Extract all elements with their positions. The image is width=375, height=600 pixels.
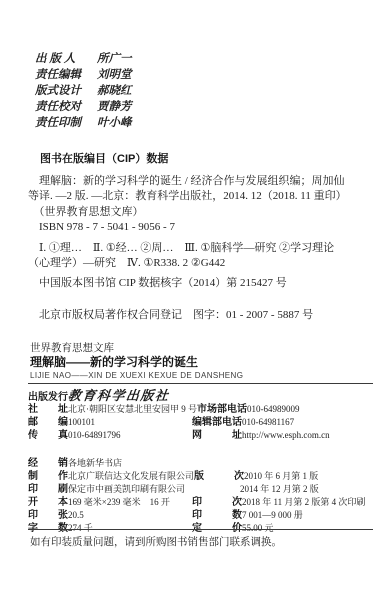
info-value: 010-64981167 — [242, 416, 373, 429]
quality-notice: 如有印装质量问题，请到所购图书销售部门联系调换。 — [30, 536, 282, 550]
info-value: 2010 年 6 月第 1 版 — [244, 470, 373, 483]
table-gap — [28, 442, 373, 457]
info-label: 市场部电话 — [197, 403, 247, 416]
copyright-registration-number: 北京市版权局著作权合同登记 图字：01 - 2007 - 5887 号 — [28, 308, 357, 323]
info-value: 7 001—9 000 册 — [242, 509, 373, 522]
credit-person-name: 贾静芳 — [97, 99, 132, 115]
info-row-printing: 印 刷 保定市中画美凯印刷有限公司 2014 年 12 月第 2 版 — [28, 483, 373, 496]
info-value: 010-64989009 — [247, 403, 373, 416]
credit-row-publisher-person: 出 版 人 所广一 — [35, 51, 132, 67]
info-value: 保定市中画美凯印刷有限公司 — [68, 483, 192, 496]
publisher-row: 出版发行 教育科学出版社 — [28, 388, 373, 403]
credit-role-label: 出 版 人 — [35, 51, 97, 67]
info-label: 经 销 — [28, 457, 68, 470]
credit-row-proofreader: 责任校对 贾静芳 — [35, 99, 132, 115]
info-value: http://www.esph.com.cn — [242, 429, 373, 442]
info-row-production: 制 作 北京广联信达文化发展有限公司 版 次 2010 年 6 月第 1 版 — [28, 470, 373, 483]
cip-description-line: 理解脑：新的学习科学的诞生 / 经济合作与发展组织编；周加仙 — [28, 174, 357, 189]
cip-heading: 图书在版编目（CIP）数据 — [40, 150, 168, 166]
credit-person-name: 所广一 — [97, 51, 132, 67]
info-value: 北京广联信达文化发展有限公司 — [68, 470, 194, 483]
info-row-postcode: 邮 编 100101 编辑部电话 010-64981167 — [28, 416, 373, 429]
book-title-pinyin: LIJIE NAO——XIN DE XUEXI KEXUE DE DANSHEN… — [30, 370, 243, 381]
info-row-fax: 传 真 010-64891796 网 址 http://www.esph.com… — [28, 429, 373, 442]
info-value: 20.5 — [68, 509, 192, 522]
cip-classification-line: Ⅰ. ①理… Ⅱ. ①经… ②周… Ⅲ. ①脑科学—研究 ②学习理论 — [28, 241, 357, 256]
book-title: 理解脑——新的学习科学的诞生 — [30, 355, 243, 370]
info-row-sheets: 印 张 20.5 印 数 7 001—9 000 册 — [28, 509, 373, 522]
info-label: 印 次 — [192, 496, 242, 509]
info-label: 编辑部电话 — [192, 416, 242, 429]
info-value: 各地新华书店 — [68, 457, 192, 470]
info-row-address: 社 址 北京·朝阳区安慧北里安园甲 9 号 市场部电话 010-64989009 — [28, 403, 373, 416]
credit-row-editor: 责任编辑 刘明堂 — [35, 67, 132, 83]
info-label: 版 次 — [194, 470, 244, 483]
credit-person-name: 刘明堂 — [97, 67, 132, 83]
cip-isbn-line: ISBN 978 - 7 - 5041 - 9056 - 7 — [28, 220, 357, 235]
credit-person-name: 郝晓红 — [97, 83, 132, 99]
info-label: 网 址 — [192, 429, 242, 442]
cip-classification-line: （心理学）—研究 Ⅳ. ①R338. 2 ②G442 — [28, 256, 357, 271]
info-label: 印 刷 — [28, 483, 68, 496]
credit-person-name: 叶小峰 — [97, 115, 132, 131]
info-value: 北京·朝阳区安慧北里安园甲 9 号 — [68, 403, 197, 416]
credit-role-label: 版式设计 — [35, 83, 97, 99]
info-value: 169 毫米×239 毫米 16 开 — [68, 496, 192, 509]
series-title-block: 世界教育思想文库 理解脑——新的学习科学的诞生 LIJIE NAO——XIN D… — [30, 342, 243, 381]
cip-description-line: （世界教育思想文库） — [28, 205, 357, 220]
credit-row-print-supervisor: 责任印制 叶小峰 — [35, 115, 132, 131]
divider-top — [28, 383, 373, 384]
info-value: 2018 年 11 月第 2 版第 4 次印刷 — [242, 496, 373, 509]
info-value: 010-64891796 — [68, 429, 192, 442]
info-label: 印 张 — [28, 509, 68, 522]
info-label: 社 址 — [28, 403, 68, 416]
credit-role-label: 责任印制 — [35, 115, 97, 131]
cip-record-number: 中国版本图书馆 CIP 数据核字（2014）第 215427 号 — [28, 276, 357, 291]
credit-row-layout-designer: 版式设计 郝晓红 — [35, 83, 132, 99]
info-label: 制 作 — [28, 470, 68, 483]
info-label: 印 数 — [192, 509, 242, 522]
info-label: 传 真 — [28, 429, 68, 442]
cip-description-line: 等译. —2 版. —北京：教育科学出版社，2014. 12（2018. 11 … — [28, 189, 357, 204]
publisher-logotype: 教育科学出版社 — [67, 388, 170, 403]
info-row-format: 开 本 169 毫米×239 毫米 16 开 印 次 2018 年 11 月第 … — [28, 496, 373, 509]
credit-role-label: 责任编辑 — [35, 67, 97, 83]
staff-credits: 出 版 人 所广一 责任编辑 刘明堂 版式设计 郝晓红 责任校对 贾静芳 责任印… — [35, 51, 132, 131]
series-name: 世界教育思想文库 — [30, 342, 243, 355]
publishing-info-table: 出版发行 教育科学出版社 社 址 北京·朝阳区安慧北里安园甲 9 号 市场部电话… — [28, 388, 373, 535]
info-label: 邮 编 — [28, 416, 68, 429]
info-value: 2014 年 12 月第 2 版 — [240, 483, 373, 496]
info-label: 开 本 — [28, 496, 68, 509]
info-value: 100101 — [68, 416, 192, 429]
colophon-page: 出 版 人 所广一 责任编辑 刘明堂 版式设计 郝晓红 责任校对 贾静芳 责任印… — [0, 0, 375, 600]
cip-block: 理解脑：新的学习科学的诞生 / 经济合作与发展组织编；周加仙 等译. —2 版.… — [28, 174, 357, 323]
credit-role-label: 责任校对 — [35, 99, 97, 115]
info-row-distribution: 经 销 各地新华书店 — [28, 457, 373, 470]
divider-bottom — [28, 529, 373, 530]
